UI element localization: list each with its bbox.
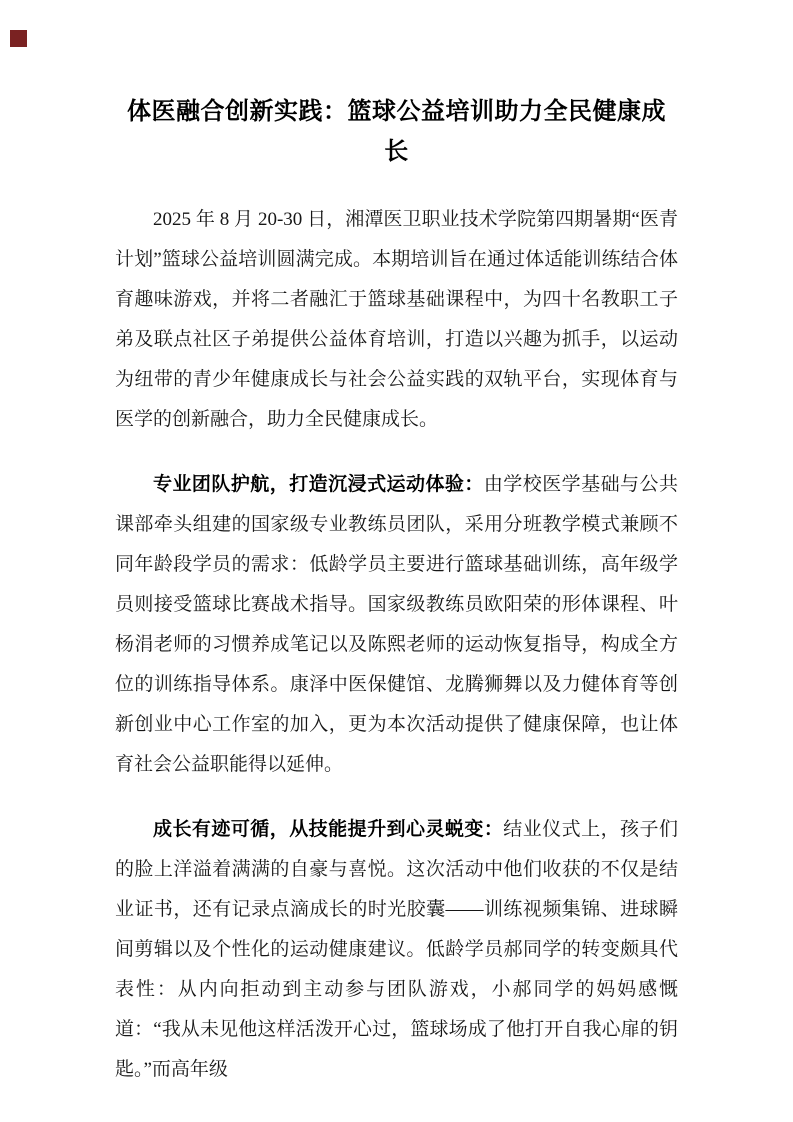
paragraph-team-text: 由学校医学基础与公共课部牵头组建的国家级专业教练员团队，采用分班教学模式兼顾不同… [115,474,678,775]
paragraph-growth-lead: 成长有迹可循，从技能提升到心灵蜕变： [153,819,503,840]
corner-mark [10,30,27,47]
document-content: 体医融合创新实践：篮球公益培训助力全民健康成长 2025 年 8 月 20-30… [0,0,793,1090]
paragraph-team: 专业团队护航，打造沉浸式运动体验：由学校医学基础与公共课部牵头组建的国家级专业教… [115,465,678,785]
paragraph-growth-text: 结业仪式上，孩子们的脸上洋溢着满满的自豪与喜悦。这次活动中他们收获的不仅是结业证… [115,819,678,1080]
paragraph-growth: 成长有迹可循，从技能提升到心灵蜕变：结业仪式上，孩子们的脸上洋溢着满满的自豪与喜… [115,810,678,1090]
document-page: 体医融合创新实践：篮球公益培训助力全民健康成长 2025 年 8 月 20-30… [0,0,793,1122]
paragraph-intro-text: 2025 年 8 月 20-30 日，湘潭医卫职业技术学院第四期暑期“医青计划”… [115,209,678,430]
document-title: 体医融合创新实践：篮球公益培训助力全民健康成长 [115,92,678,172]
paragraph-intro: 2025 年 8 月 20-30 日，湘潭医卫职业技术学院第四期暑期“医青计划”… [115,200,678,440]
paragraph-team-lead: 专业团队护航，打造沉浸式运动体验： [153,474,484,495]
